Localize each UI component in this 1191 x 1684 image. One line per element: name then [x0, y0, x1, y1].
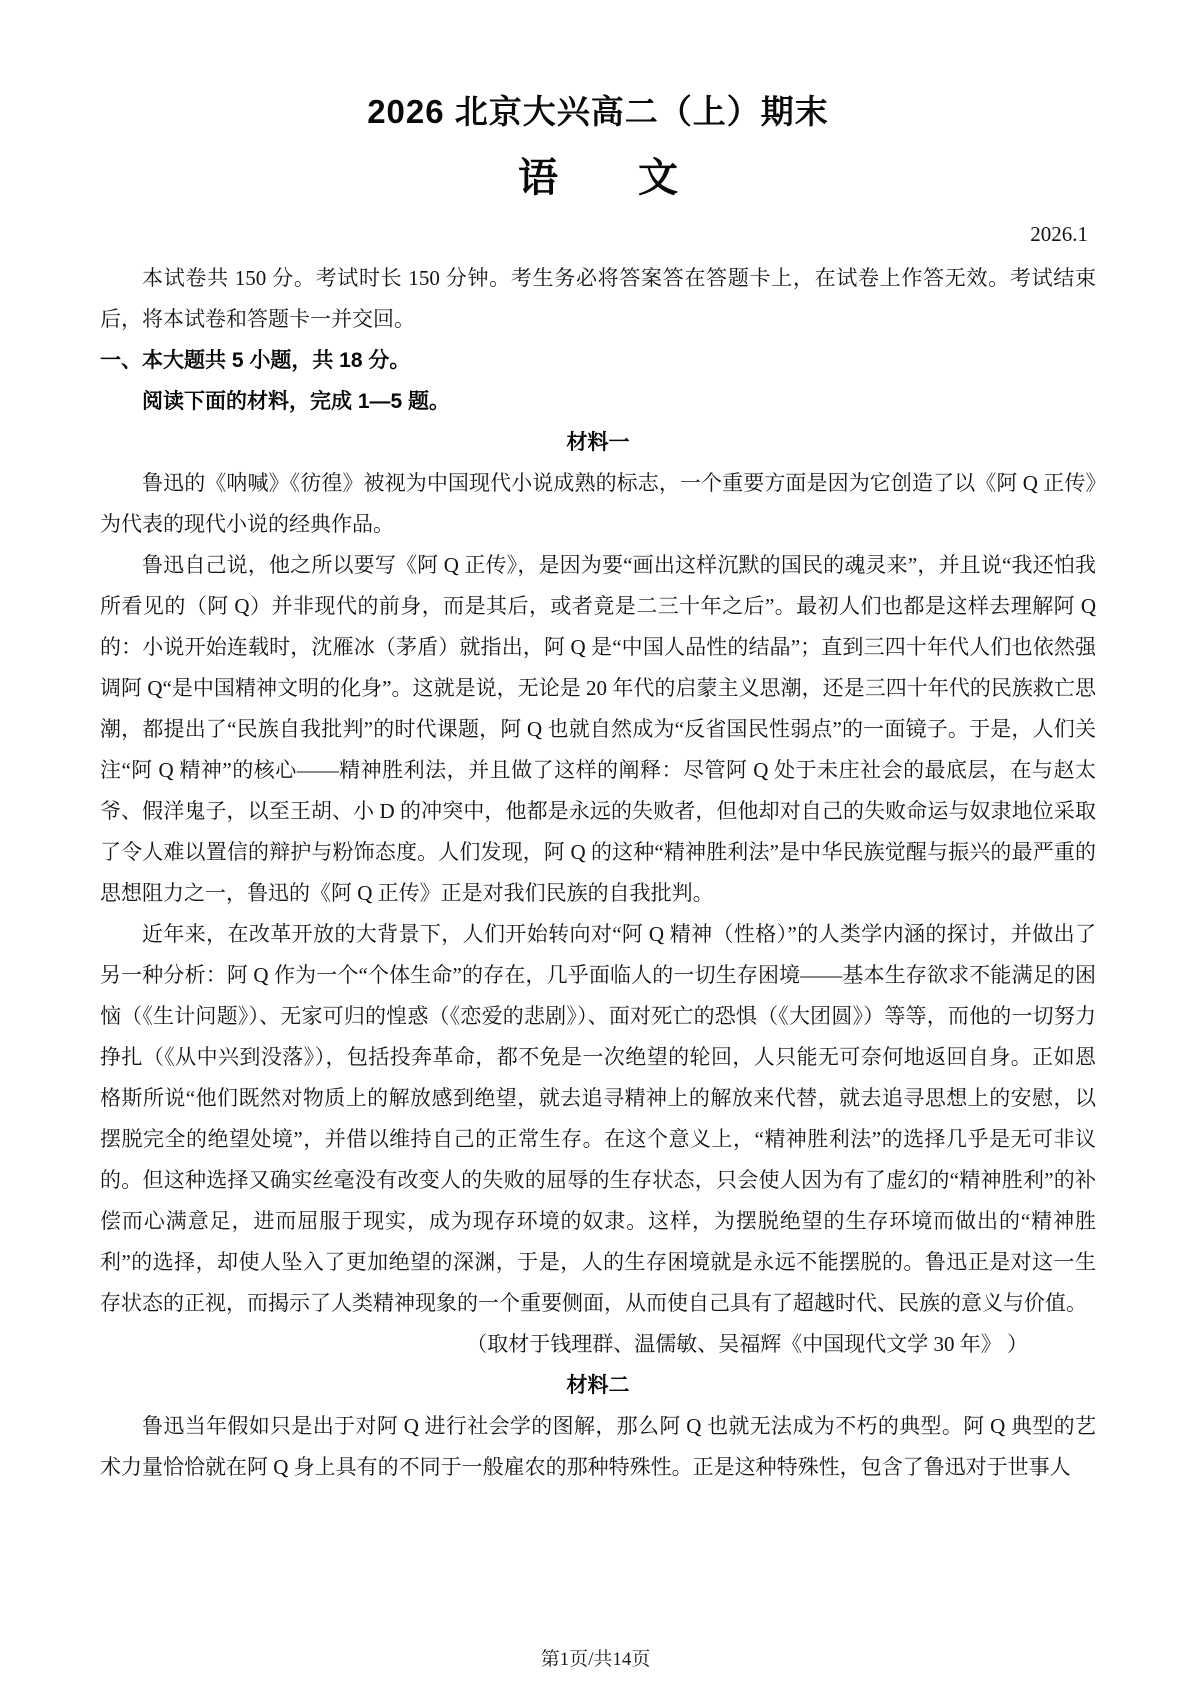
- exam-paper-page: 2026 北京大兴高二（上）期末 语 文 2026.1 本试卷共 150 分。考…: [0, 0, 1191, 1684]
- material-one-paragraph-2: 鲁迅自己说，他之所以要写《阿 Q 正传》，是因为要“画出这样沉默的国民的魂灵来”…: [100, 545, 1096, 914]
- material-two-paragraph-1: 鲁迅当年假如只是出于对阿 Q 进行社会学的图解，那么阿 Q 也就无法成为不朽的典…: [100, 1406, 1096, 1488]
- material-one-heading: 材料一: [100, 422, 1096, 463]
- exam-title: 2026 北京大兴高二（上）期末: [100, 92, 1096, 132]
- exam-subject-title: 语 文: [100, 154, 1096, 202]
- material-one-paragraph-1: 鲁迅的《呐喊》《彷徨》被视为中国现代小说成熟的标志，一个重要方面是因为它创造了以…: [100, 463, 1096, 545]
- material-one-paragraph-3: 近年来，在改革开放的大背景下，人们开始转向对“阿 Q 精神（性格）”的人类学内涵…: [100, 914, 1096, 1324]
- exam-date: 2026.1: [100, 220, 1096, 248]
- material-two-heading: 材料二: [100, 1365, 1096, 1406]
- page-number-indicator: 第1页/共14页: [0, 1648, 1191, 1672]
- material-one-source: （取材于钱理群、温儒敏、吴福辉《中国现代文学 30 年》 ）: [100, 1324, 1096, 1365]
- reading-instruction: 阅读下面的材料，完成 1—5 题。: [100, 381, 1096, 422]
- exam-notice: 本试卷共 150 分。考试时长 150 分钟。考生务必将答案答在答题卡上，在试卷…: [100, 258, 1096, 340]
- section-one-heading: 一、本大题共 5 小题，共 18 分。: [100, 340, 1096, 381]
